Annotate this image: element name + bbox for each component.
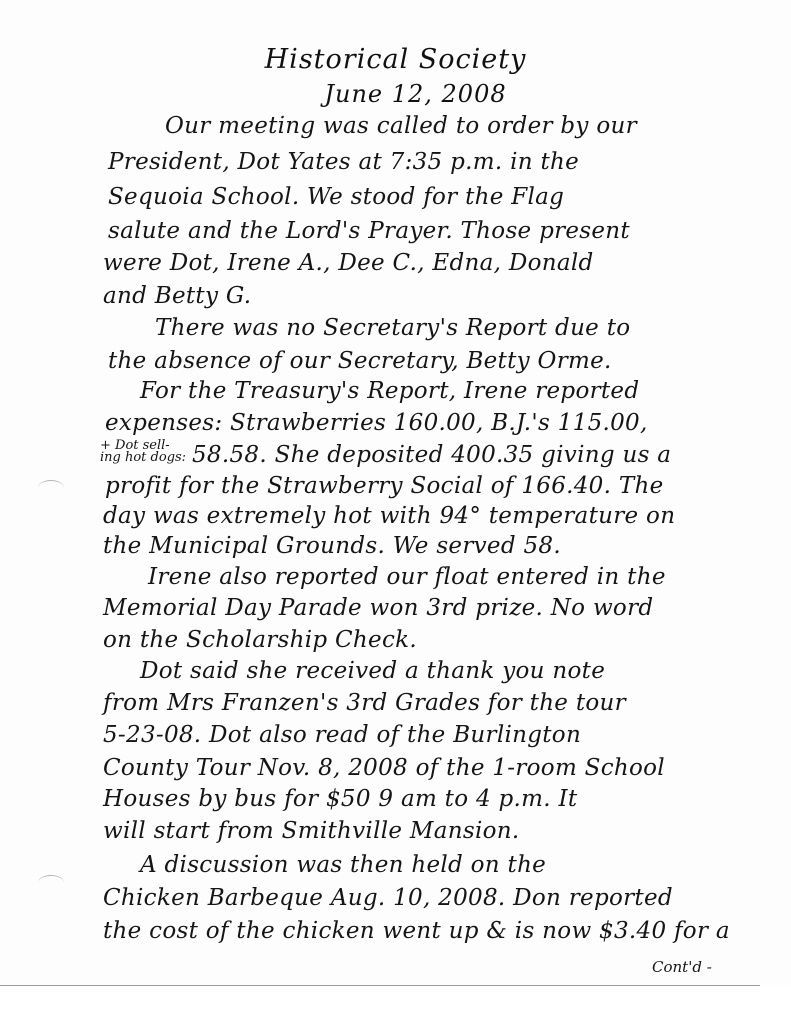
text-line: the Municipal Grounds. We served 58. [103, 533, 561, 559]
binder-hole-mark [38, 875, 64, 890]
text-line: Houses by bus for $50 9 am to 4 p.m. It [103, 786, 577, 812]
handwritten-page: Historical Society June 12, 2008 Our mee… [0, 0, 791, 985]
text-line: 58.58. She deposited 400.35 giving us a [192, 442, 671, 468]
text-line: A discussion was then held on the [140, 852, 546, 878]
text-line: Sequoia School. We stood for the Flag [108, 184, 564, 210]
text-line: the absence of our Secretary, Betty Orme… [108, 348, 612, 374]
text-line: profit for the Strawberry Social of 166.… [105, 473, 664, 499]
text-line: There was no Secretary's Report due to [155, 315, 630, 341]
text-line: County Tour Nov. 8, 2008 of the 1-room S… [103, 755, 665, 781]
text-line: Our meeting was called to order by our [165, 113, 637, 139]
text-line: President, Dot Yates at 7:35 p.m. in the [108, 149, 579, 175]
text-line: day was extremely hot with 94° temperatu… [103, 503, 675, 529]
inserted-note: + Dot sell- ing hot dogs: [100, 440, 186, 464]
text-line: salute and the Lord's Prayer. Those pres… [108, 218, 630, 244]
text-line: on the Scholarship Check. [103, 627, 417, 653]
text-line: Irene also reported our float entered in… [148, 564, 666, 590]
text-line: were Dot, Irene A., Dee C., Edna, Donald [103, 250, 594, 276]
text-line: from Mrs Franzen's 3rd Grades for the to… [103, 690, 626, 716]
text-line: the cost of the chicken went up & is now… [103, 918, 730, 944]
document-title: Historical Society [0, 44, 791, 75]
inserted-note-line: ing hot dogs: [100, 452, 186, 464]
text-line: Memorial Day Parade won 3rd prize. No wo… [103, 595, 653, 621]
text-line: Chicken Barbeque Aug. 10, 2008. Don repo… [103, 885, 673, 911]
text-line: will start from Smithville Mansion. [103, 818, 520, 844]
scan-margin [0, 986, 791, 1023]
binder-hole-mark [38, 480, 64, 495]
text-line: 5-23-08. Dot also read of the Burlington [103, 722, 581, 748]
text-line: expenses: Strawberries 160.00, B.J.'s 11… [105, 410, 648, 436]
text-line: For the Treasury's Report, Irene reporte… [140, 378, 639, 404]
text-line: and Betty G. [103, 283, 251, 309]
continued-marker: Cont'd - [652, 958, 712, 976]
document-date: June 12, 2008 [0, 80, 791, 108]
text-line: Dot said she received a thank you note [140, 658, 605, 684]
